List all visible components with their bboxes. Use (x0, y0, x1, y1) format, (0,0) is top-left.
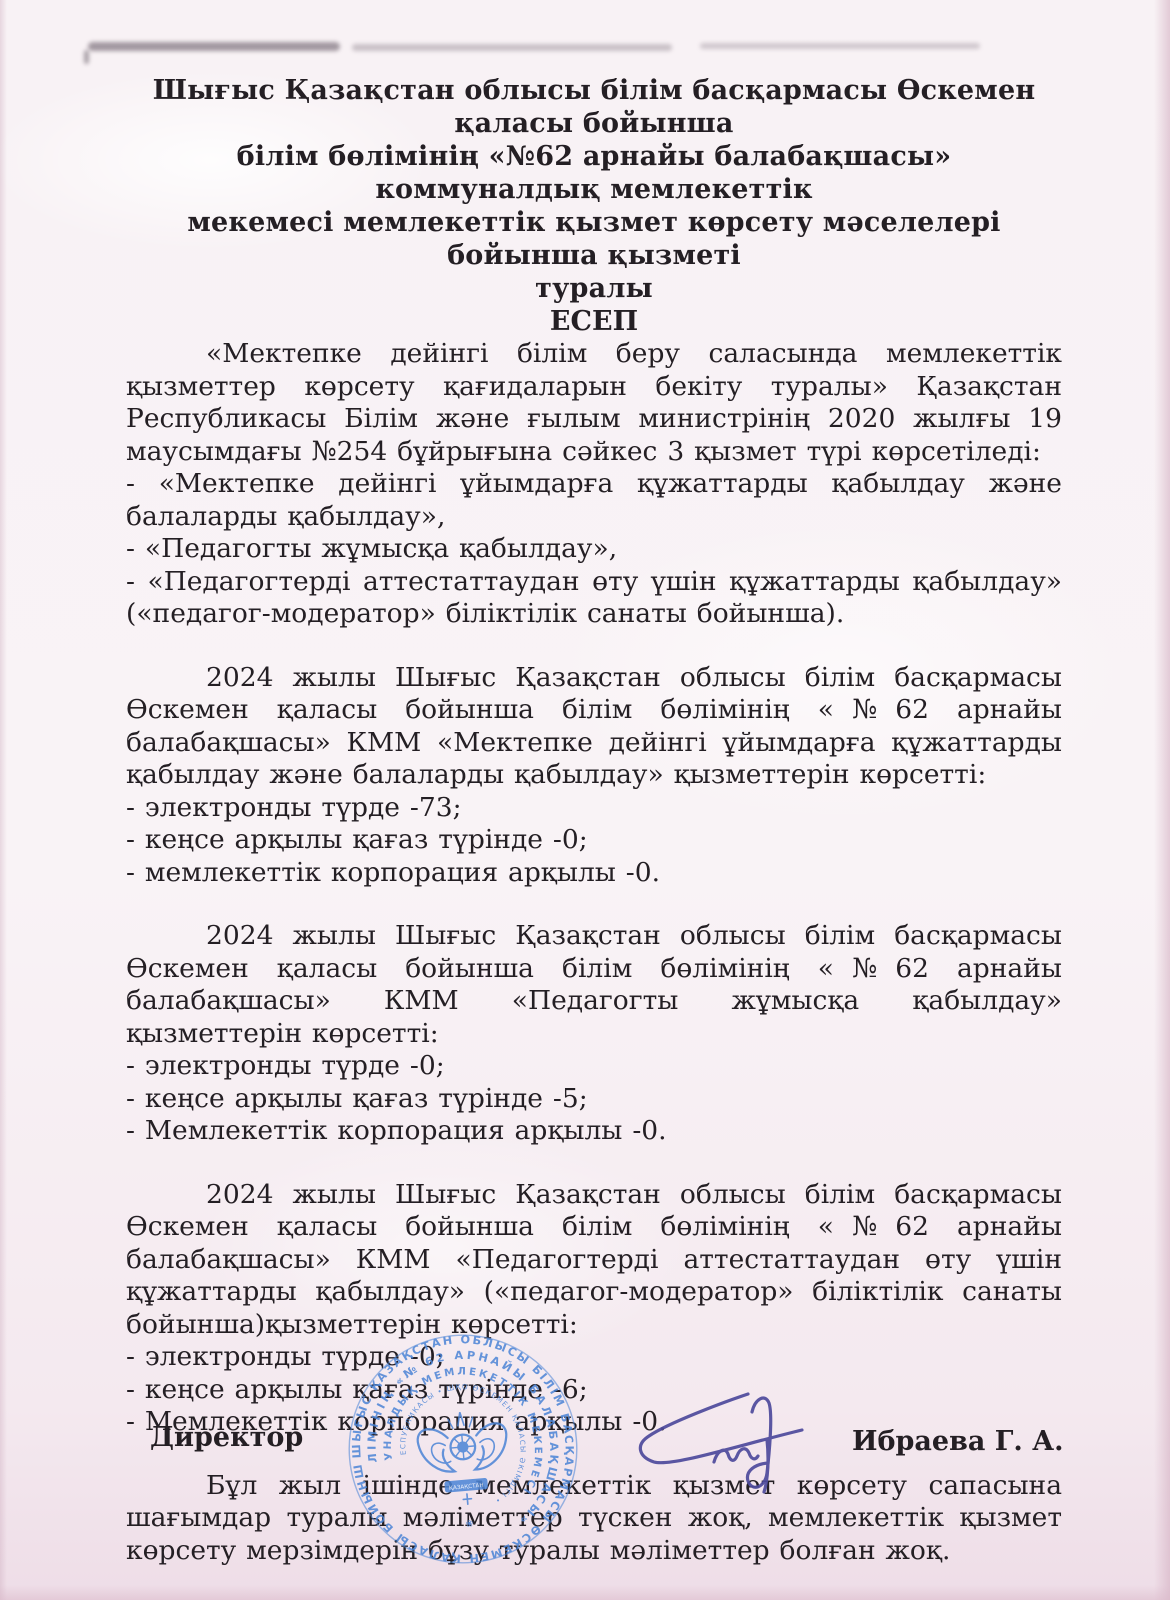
paragraph: 2024 жылы Шығыс Қазақстан облысы білім б… (126, 1179, 1062, 1342)
paragraph: 2024 жылы Шығыс Қазақстан облысы білім б… (126, 920, 1062, 1050)
scanned-report-page: Шығыс Қазақстан облысы білім басқармасы … (0, 0, 1170, 1600)
title-line: Шығыс Қазақстан облысы білім басқармасы … (126, 74, 1062, 140)
paragraph: - кеңсе арқылы қағаз түрінде -6; (126, 1374, 1062, 1407)
official-round-stamp: ШЫҒЫС ҚАЗАҚСТАН ОБЛЫСЫ БІЛІМ БАСҚАРМАСЫ … (328, 1316, 598, 1583)
scan-artifact-streak (352, 44, 672, 51)
page-edge-shadow (0, 1585, 1170, 1600)
paragraph: - мемлекеттік корпорация арқылы -0. (126, 857, 1062, 890)
page-edge-shadow (1154, 0, 1170, 1600)
paragraph: - электронды түрде -0; (126, 1050, 1062, 1083)
scan-artifact-streak (88, 42, 340, 51)
title-line: туралы (126, 272, 1062, 305)
title-line: білім бөлімінің «№62 арнайы балабақшасы»… (126, 140, 1062, 206)
signature-role-label: Директор (150, 1422, 303, 1453)
scan-artifact-streak (84, 50, 89, 64)
title-line: мекемесі мемлекеттік қызмет көрсету мәсе… (126, 206, 1062, 272)
paragraph: «Мектепке дейінгі білім беру саласында м… (126, 338, 1062, 468)
page-edge-shadow (0, 0, 7, 1600)
stamp-emblem (416, 1408, 513, 1508)
document-content: Шығыс Қазақстан облысы білім басқармасы … (126, 74, 1062, 1567)
paragraph: - «Педагогты жұмысқа қабылдау», (126, 533, 1062, 566)
paragraph: - электронды түрде -73; (126, 792, 1062, 825)
paragraph: - «Мектепке дейінгі ұйымдарға құжаттарды… (126, 468, 1062, 533)
paragraph: - кеңсе арқылы қағаз түрінде -5; (126, 1083, 1062, 1116)
document-body: «Мектепке дейінгі білім беру саласында м… (126, 338, 1062, 1567)
paragraph: - электронды түрде -0; (126, 1341, 1062, 1374)
paragraph: - «Педагогтерді аттестаттаудан өту үшін … (126, 566, 1062, 631)
paragraph: - Мемлекеттік корпорация арқылы -0. (126, 1115, 1062, 1148)
paragraph: 2024 жылы Шығыс Қазақстан облысы білім б… (126, 662, 1062, 792)
signature-name-label: Ибраева Г. А. (852, 1426, 1064, 1457)
stamp-flower-ornament: ❀ (465, 1518, 474, 1530)
paragraph: - кеңсе арқылы қағаз түрінде -0; (126, 824, 1062, 857)
document-heading: ЕСЕП (126, 305, 1062, 338)
scan-artifact-streak (700, 43, 980, 49)
director-signature (616, 1380, 832, 1546)
document-title: Шығыс Қазақстан облысы білім басқармасы … (126, 74, 1062, 305)
